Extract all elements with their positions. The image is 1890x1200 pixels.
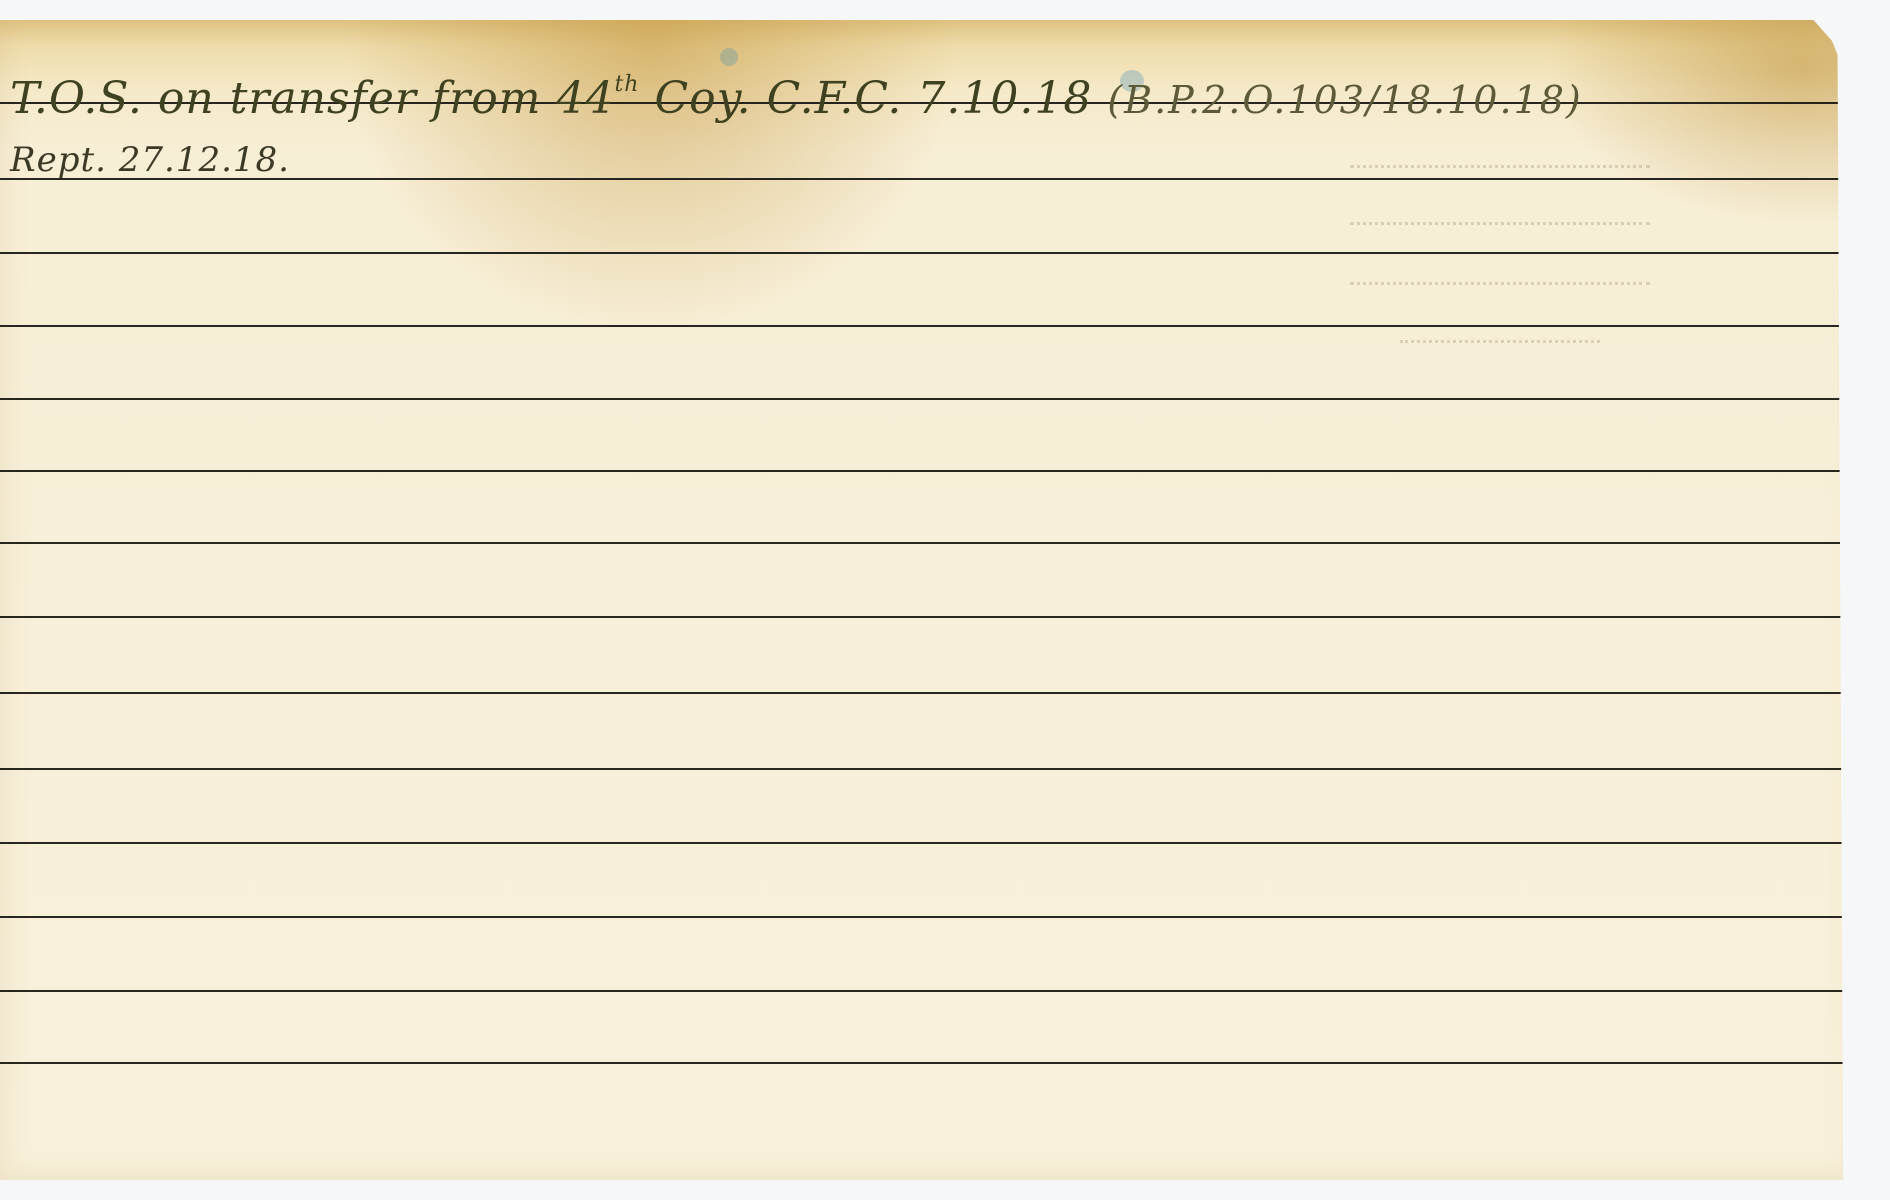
ruled-line-6: [0, 470, 1854, 472]
ruled-line-5: [0, 398, 1854, 400]
entry-reference: (B.P.2.O.103/18.10.18): [1107, 78, 1582, 122]
ruled-line-11: [0, 842, 1857, 844]
faint-dotted-mark: [1350, 222, 1650, 227]
ruled-line-13: [0, 990, 1858, 992]
ruled-line-10: [0, 768, 1857, 770]
faint-dotted-mark: [1350, 282, 1650, 287]
entry-superscript: th: [614, 72, 639, 97]
ruled-line-9: [0, 692, 1856, 694]
scanned-document: T.O.S. on transfer from 44th Coy. C.F.C.…: [0, 0, 1890, 1200]
ruled-line-14: [0, 1062, 1858, 1064]
ink-stain-blue: [720, 48, 738, 66]
ruled-line-4: [0, 325, 1852, 327]
ruled-line-8: [0, 616, 1856, 618]
handwritten-entry-reported: Rept. 27.12.18.: [10, 140, 290, 180]
faint-dotted-mark: [1400, 340, 1600, 345]
entry-text-continued: Coy. C.F.C. 7.10.18: [639, 73, 1107, 124]
ruled-line-12: [0, 916, 1858, 918]
ruled-line-3: [0, 252, 1852, 254]
index-card: T.O.S. on transfer from 44th Coy. C.F.C.…: [0, 20, 1858, 1180]
faint-dotted-mark: [1350, 165, 1650, 170]
ruled-line-7: [0, 542, 1855, 544]
entry-text: Rept. 27.12.18.: [10, 140, 290, 180]
entry-text: T.O.S. on transfer from 44: [10, 73, 614, 124]
handwritten-entry-transfer: T.O.S. on transfer from 44th Coy. C.F.C.…: [10, 72, 1583, 124]
